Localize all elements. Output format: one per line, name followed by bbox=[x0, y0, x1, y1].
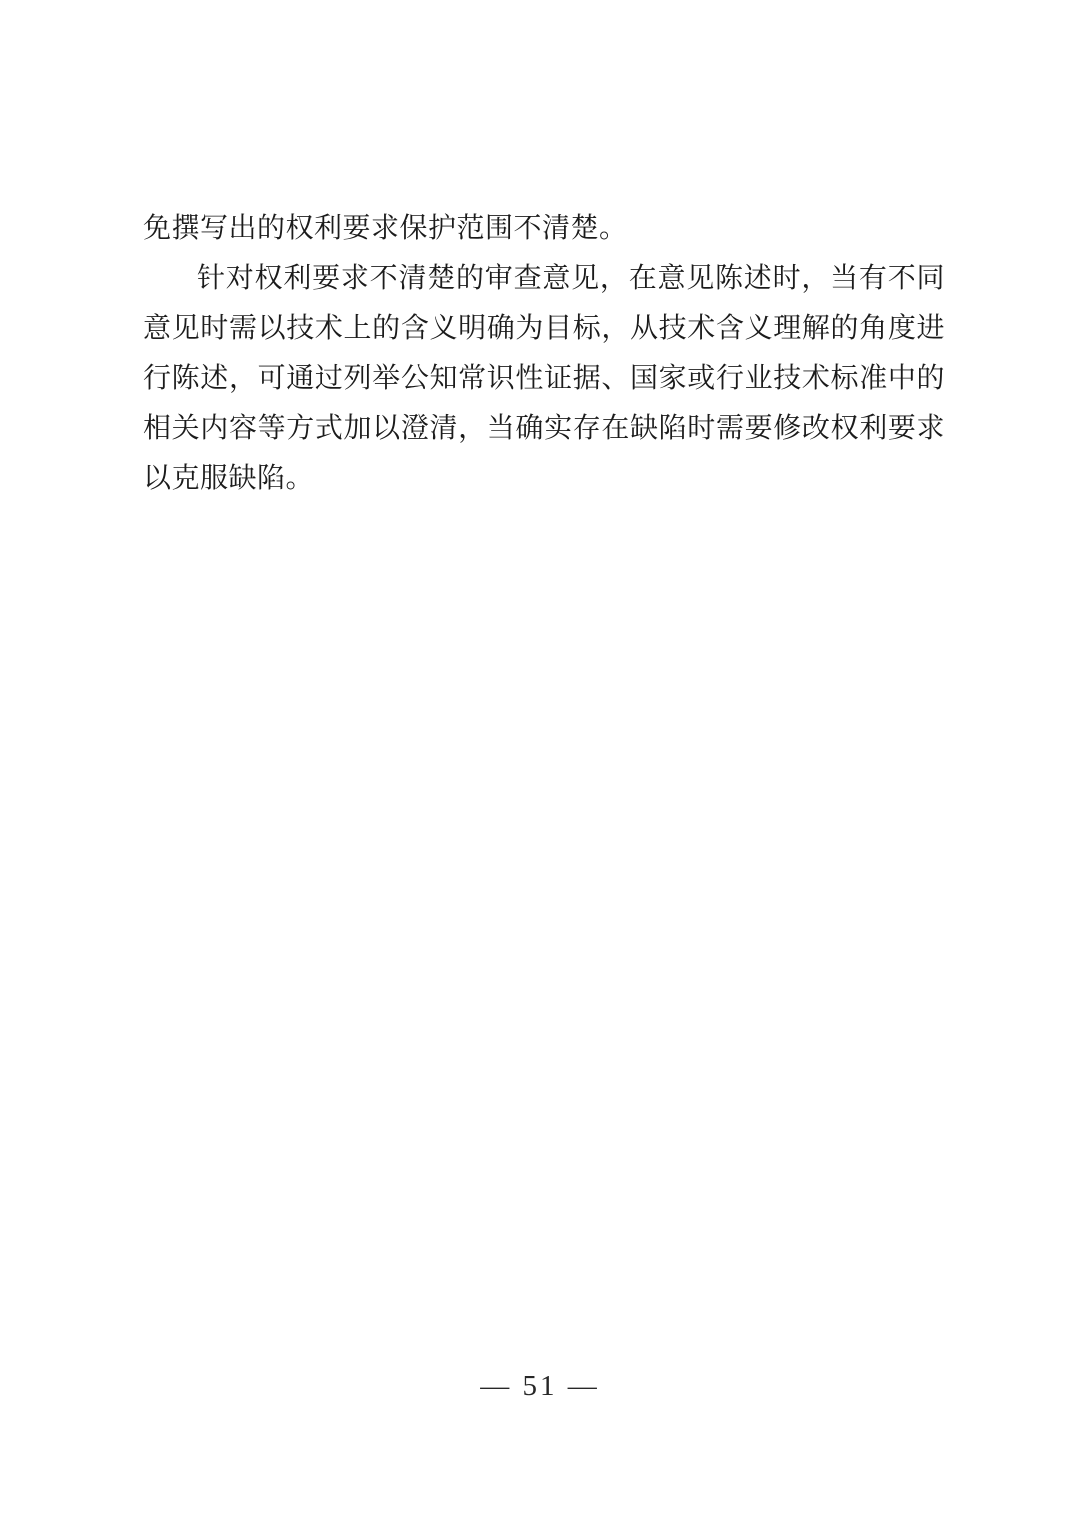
document-page: 免撰写出的权利要求保护范围不清楚。 针对权利要求不清楚的审查意见，在意见陈述时，… bbox=[0, 0, 1080, 1527]
body-text: 免撰写出的权利要求保护范围不清楚。 针对权利要求不清楚的审查意见，在意见陈述时，… bbox=[143, 204, 945, 504]
text-line: 针对权利要求不清楚的审查意见，在意见陈述时，当有不同 bbox=[143, 254, 945, 304]
text-line: 行陈述，可通过列举公知常识性证据、国家或行业技术标准中的 bbox=[143, 354, 945, 404]
text-line: 免撰写出的权利要求保护范围不清楚。 bbox=[143, 204, 945, 254]
page-number: — 51 — bbox=[0, 1368, 1080, 1404]
text-line: 意见时需以技术上的含义明确为目标，从技术含义理解的角度进 bbox=[143, 304, 945, 354]
text-line: 相关内容等方式加以澄清，当确实存在缺陷时需要修改权利要求 bbox=[143, 404, 945, 454]
text-line: 以克服缺陷。 bbox=[143, 454, 945, 504]
